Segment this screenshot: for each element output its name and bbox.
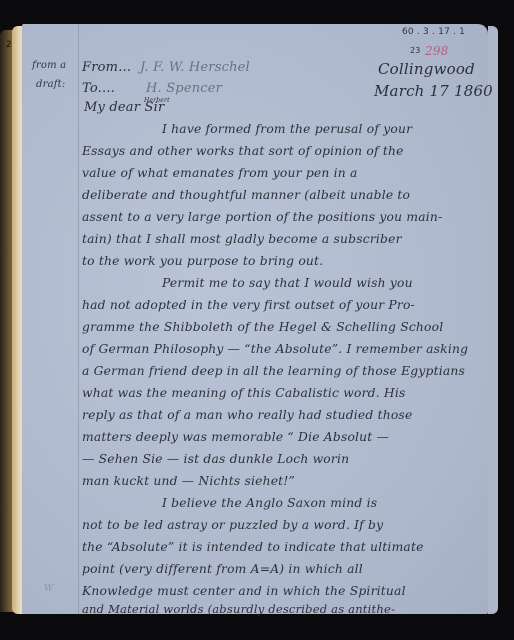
body-line: matters deeply was memorable “ Die Absol… xyxy=(82,430,389,444)
body-line: — Sehen Sie — ist das dunkle Loch worin xyxy=(82,452,349,466)
page-edges xyxy=(488,26,498,614)
body-line: Essays and other works that sort of opin… xyxy=(82,144,404,158)
to-label: To.... xyxy=(82,81,115,96)
body-line: gramme the Shibboleth of the Hegel & Sch… xyxy=(82,320,443,334)
letter-date: March 17 1860 xyxy=(374,82,493,100)
body-line: Permit me to say that I would wish you xyxy=(162,276,413,290)
folio-small: 23 xyxy=(410,46,421,55)
body-line: I have formed from the perusal of your xyxy=(162,122,412,136)
salutation: My dear Sir xyxy=(84,100,164,115)
body-line: Knowledge must center and in which the S… xyxy=(82,584,406,598)
margin-note-line-1: from a xyxy=(32,60,66,71)
body-line: deliberate and thoughtful manner (albeit… xyxy=(82,188,410,202)
to-name: H. Spencer xyxy=(146,81,222,96)
body-line: not to be led astray or puzzled by a wor… xyxy=(82,518,383,532)
folio-red-number: 298 xyxy=(425,44,449,58)
body-line: tain) that I shall most gladly become a … xyxy=(82,232,402,246)
margin-line xyxy=(78,24,79,614)
margin-note-line-2: draft: xyxy=(36,79,65,90)
body-line: a German friend deep in all the learning… xyxy=(82,364,465,378)
from-label: From... xyxy=(82,60,131,75)
body-line: had not adopted in the very first outset… xyxy=(82,298,415,312)
reference-number: 60 . 3 . 17 . 1 xyxy=(402,27,465,37)
body-line: man kuckt und — Nichts siehet!” xyxy=(82,474,295,488)
body-line: to the work you purpose to bring out. xyxy=(82,254,323,268)
body-line: value of what emanates from your pen in … xyxy=(82,166,358,180)
body-line: the “Absolute” it is intended to indicat… xyxy=(82,540,424,554)
body-line: assent to a very large portion of the po… xyxy=(82,210,442,224)
body-line: what was the meaning of this Cabalistic … xyxy=(82,386,406,400)
body-line: and Material worlds (absurdly described … xyxy=(82,602,395,616)
body-line: point (very different from A=A) in which… xyxy=(82,562,363,576)
letter-place: Collingwood xyxy=(378,60,475,78)
from-name: J. F. W. Herschel xyxy=(140,60,250,75)
body-line: I believe the Anglo Saxon mind is xyxy=(162,496,377,510)
body-line: reply as that of a man who really had st… xyxy=(82,408,412,422)
pencil-margin-mark: W xyxy=(44,584,53,594)
body-line: of German Philosophy — “the Absolute”. I… xyxy=(82,342,468,356)
